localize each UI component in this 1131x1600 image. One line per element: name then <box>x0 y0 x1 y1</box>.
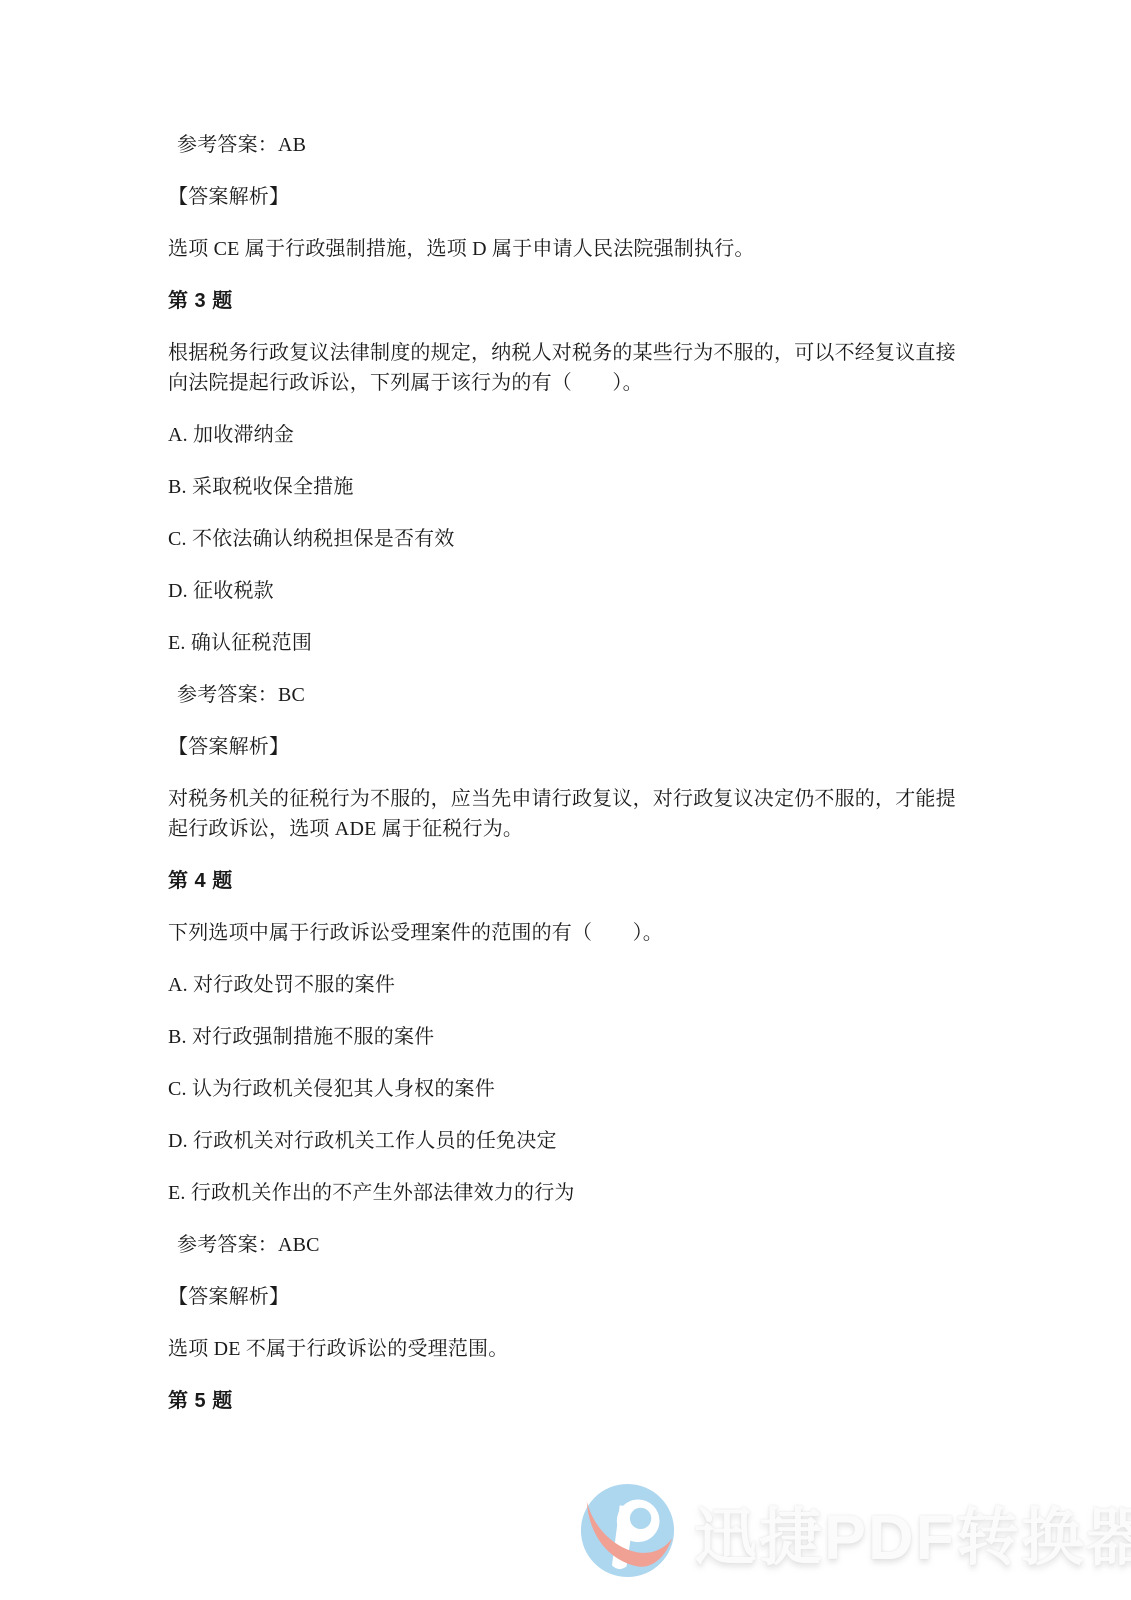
pdf-converter-logo-icon <box>579 1482 676 1579</box>
paragraph: 选项 CE 属于行政强制措施，选项 D 属于申请人民法院强制执行。 <box>168 234 966 264</box>
paragraph: 下列选项中属于行政诉讼受理案件的范围的有（ ）。 <box>168 918 966 948</box>
option-item: A. 加收滞纳金 <box>168 420 966 450</box>
paragraph: 选项 DE 不属于行政诉讼的受理范围。 <box>168 1334 966 1364</box>
logo-letter-ring-hole <box>630 1508 651 1529</box>
question-heading: 第 5 题 <box>168 1386 966 1416</box>
option-item: C. 认为行政机关侵犯其人身权的案件 <box>168 1074 966 1104</box>
watermark: 迅捷PDF转换器 <box>579 1482 1131 1579</box>
option-item: C. 不依法确认纳税担保是否有效 <box>168 524 966 554</box>
option-item: D. 征收税款 <box>168 576 966 606</box>
watermark-brand-text: 迅捷PDF转换器 <box>694 1487 1131 1578</box>
document-page: 参考答案：AB【答案解析】选项 CE 属于行政强制措施，选项 D 属于申请人民法… <box>0 0 1131 1600</box>
option-item: D. 行政机关对行政机关工作人员的任免决定 <box>168 1126 966 1156</box>
answer-analysis-label: 【答案解析】 <box>168 1282 966 1312</box>
answer-analysis-label: 【答案解析】 <box>168 182 966 212</box>
question-heading: 第 3 题 <box>168 286 966 316</box>
document-content: 参考答案：AB【答案解析】选项 CE 属于行政强制措施，选项 D 属于申请人民法… <box>168 130 966 1438</box>
question-heading: 第 4 题 <box>168 866 966 896</box>
paragraph: 对税务机关的征税行为不服的，应当先申请行政复议，对行政复议决定仍不服的，才能提起… <box>168 784 966 844</box>
option-item: B. 对行政强制措施不服的案件 <box>168 1022 966 1052</box>
reference-answer: 参考答案：ABC <box>168 1230 966 1260</box>
paragraph: 根据税务行政复议法律制度的规定，纳税人对税务的某些行为不服的，可以不经复议直接向… <box>168 338 966 398</box>
option-item: B. 采取税收保全措施 <box>168 472 966 502</box>
option-item: E. 行政机关作出的不产生外部法律效力的行为 <box>168 1178 966 1208</box>
answer-analysis-label: 【答案解析】 <box>168 732 966 762</box>
option-item: E. 确认征税范围 <box>168 628 966 658</box>
option-item: A. 对行政处罚不服的案件 <box>168 970 966 1000</box>
reference-answer: 参考答案：AB <box>168 130 966 160</box>
reference-answer: 参考答案：BC <box>168 680 966 710</box>
